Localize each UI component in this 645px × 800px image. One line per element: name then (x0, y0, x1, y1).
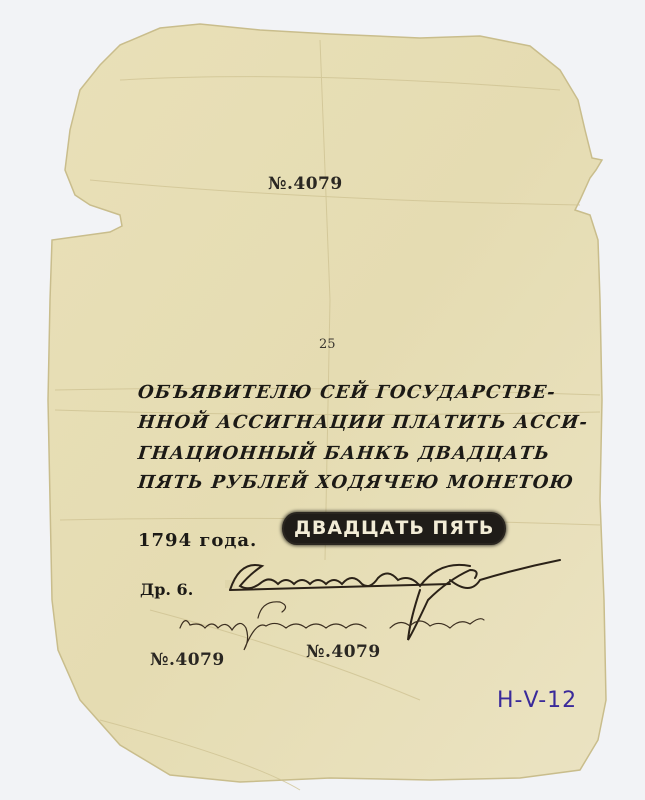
handwritten-note: Н-V-12 (497, 688, 577, 713)
signature-1-strokes (230, 560, 560, 640)
banknote-photo: №.4079 25 Объявителю сей государстве- нн… (0, 0, 645, 800)
serial-number-bottom-left: №.4079 (150, 650, 225, 670)
serial-number-bottom-center: №.4079 (306, 642, 381, 662)
signatures (0, 0, 645, 800)
